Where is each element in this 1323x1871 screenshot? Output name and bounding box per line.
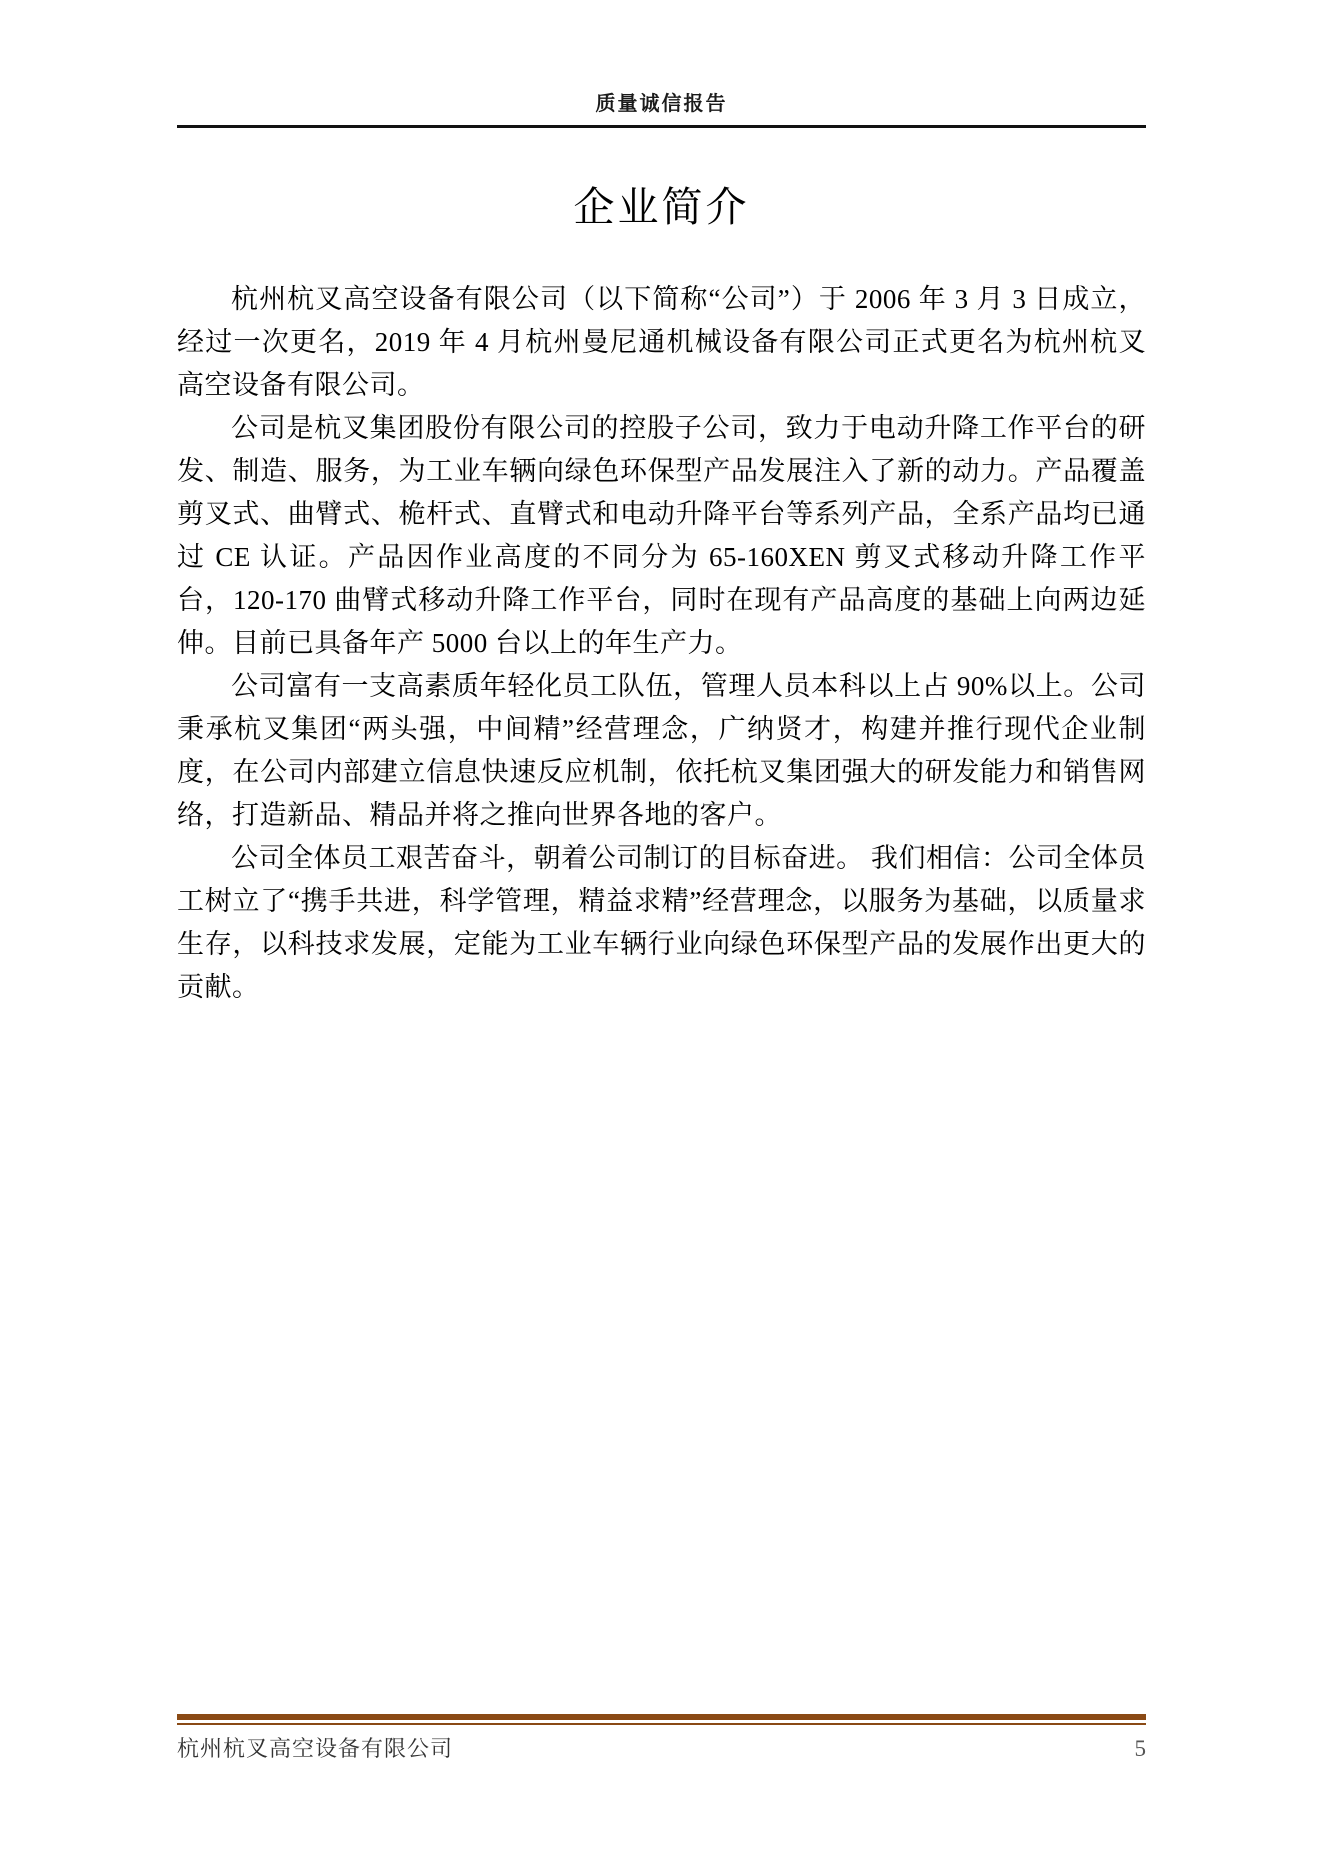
paragraph-block: 杭州杭叉高空设备有限公司（以下简称“公司”）于 2006 年 3 月 3 日成立… [177, 278, 1146, 1009]
footer-company-name: 杭州杭叉高空设备有限公司 [177, 1732, 453, 1763]
paragraph-1: 杭州杭叉高空设备有限公司（以下简称“公司”）于 2006 年 3 月 3 日成立… [177, 278, 1146, 407]
footer-page-number: 5 [1135, 1736, 1147, 1762]
footer-row: 杭州杭叉高空设备有限公司 5 [177, 1732, 1146, 1763]
footer-rule [177, 1714, 1146, 1725]
paragraph-4: 公司全体员工艰苦奋斗，朝着公司制订的目标奋进。 我们相信：公司全体员工树立了“携… [177, 837, 1146, 1009]
page-header: 质量诚信报告 [177, 0, 1146, 128]
paragraph-2: 公司是杭叉集团股份有限公司的控股子公司，致力于电动升降工作平台的研发、制造、服务… [177, 407, 1146, 665]
header-title: 质量诚信报告 [596, 87, 728, 116]
document-page: 质量诚信报告 企业简介 杭州杭叉高空设备有限公司（以下简称“公司”）于 2006… [0, 0, 1323, 1871]
paragraph-3: 公司富有一支高素质年轻化员工队伍，管理人员本科以上占 90%以上。公司秉承杭叉集… [177, 665, 1146, 837]
document-content: 企业简介 杭州杭叉高空设备有限公司（以下简称“公司”）于 2006 年 3 月 … [177, 131, 1146, 1009]
page-footer: 杭州杭叉高空设备有限公司 5 [177, 1714, 1146, 1763]
document-title: 企业简介 [177, 181, 1146, 234]
